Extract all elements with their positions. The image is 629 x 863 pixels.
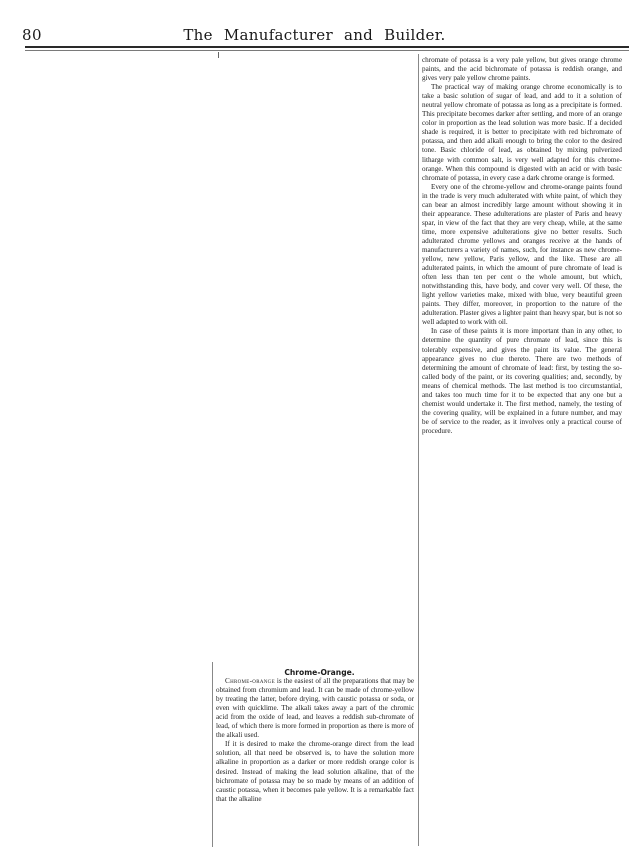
- column-divider-right: [418, 54, 419, 846]
- section-heading: Chrome-Orange.: [216, 668, 414, 677]
- paragraph: If it is desired to make the chrome-oran…: [216, 740, 414, 803]
- header-rule-thin: [25, 50, 629, 51]
- paragraph: Every one of the chrome-yellow and chrom…: [422, 183, 622, 328]
- paragraph: The practical way of making orange chrom…: [422, 83, 622, 183]
- paragraph-text: is the easiest of all the preparations t…: [216, 677, 414, 739]
- column-divider-middle: [212, 662, 213, 847]
- column-tick-mark: [218, 52, 219, 58]
- lead-smallcaps: Chrome-orange: [225, 677, 275, 685]
- page-title: The Manufacturer and Builder.: [0, 26, 629, 44]
- paragraph: In case of these paints it is more impor…: [422, 327, 622, 436]
- paragraph: Chrome-orange is the easiest of all the …: [216, 677, 414, 740]
- header-rule-thick: [25, 46, 629, 48]
- paragraph: chromate of potassa is a very pale yello…: [422, 56, 622, 83]
- middle-column: Chrome-Orange. Chrome-orange is the easi…: [216, 668, 414, 804]
- right-column: chromate of potassa is a very pale yello…: [422, 56, 622, 436]
